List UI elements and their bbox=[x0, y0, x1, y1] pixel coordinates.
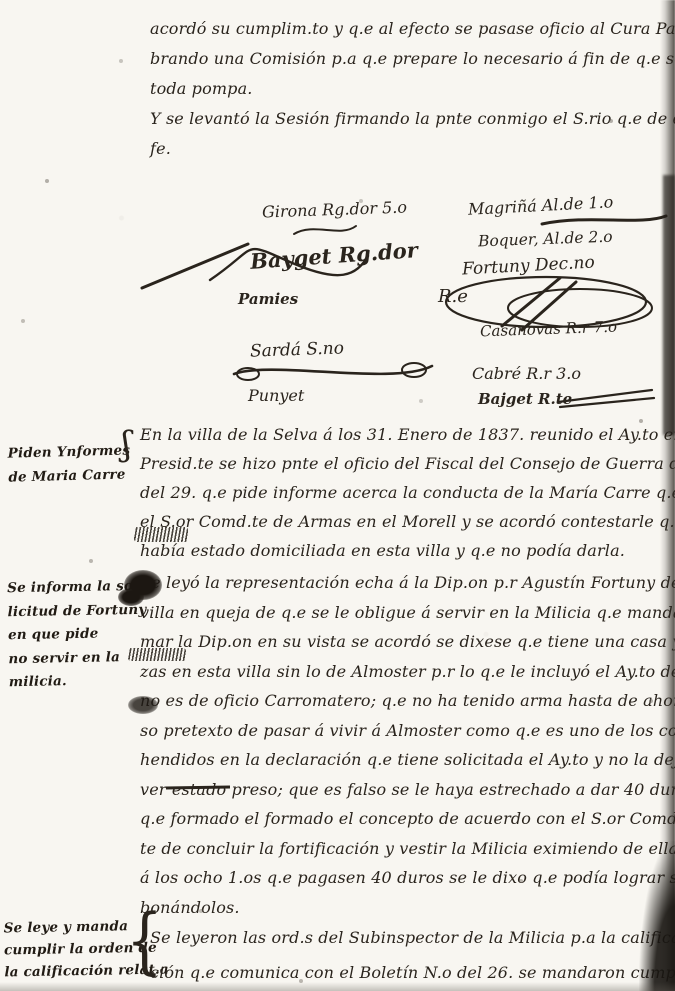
manuscript-line: hendidos en la declaración q.e tiene sol… bbox=[140, 745, 672, 775]
signature-pamies: Pamies bbox=[238, 290, 298, 308]
ink-blot bbox=[128, 696, 158, 714]
crossed-out-word bbox=[128, 648, 186, 661]
manuscript-line: Se leyó la representación echa á la Dip.… bbox=[140, 568, 672, 598]
ink-blot bbox=[118, 588, 144, 606]
manuscript-line: había estado domiciliada en esta villa y… bbox=[140, 536, 672, 565]
manuscript-line: zas en esta villa sin lo de Almoster p.r… bbox=[140, 657, 672, 687]
signature-block: Girona Rg.dor 5.o Bayget Rg.dor Pamies R… bbox=[0, 188, 675, 424]
scan-noise bbox=[0, 0, 2, 2]
margin-note-line: no servir en la bbox=[8, 645, 147, 671]
paragraph-bracket-mark: ʃ bbox=[122, 424, 131, 464]
crossed-out-word bbox=[134, 527, 188, 542]
manuscript-line: ver estado preso; que es falso se le hay… bbox=[140, 775, 672, 805]
signature-punyet: Punyet bbox=[248, 386, 304, 405]
manuscript-line: villa en queja de q.e se le obligue á se… bbox=[140, 598, 672, 628]
opening-paragraph: acordó su cumplim.to y q.e al efecto se … bbox=[150, 14, 675, 164]
signature-casanovas: Casanovas R.r 7.o bbox=[480, 318, 618, 341]
manuscript-line: fe. bbox=[150, 134, 675, 164]
manuscript-line: bonándolos. bbox=[140, 893, 672, 923]
closing-paragraph: Se leyeron las ord.s del Subinspector de… bbox=[150, 920, 670, 990]
manuscript-line: Y se levantó la Sesión firmando la pnte … bbox=[150, 104, 675, 134]
manuscript-line: Se leyeron las ord.s del Subinspector de… bbox=[150, 920, 670, 955]
paragraph-fortuny: Se leyó la representación echa á la Dip.… bbox=[140, 568, 672, 922]
signature-boquer: Boquer, Al.de 2.o bbox=[478, 228, 613, 251]
manuscript-line: so pretexto de pasar á vivir á Almoster … bbox=[140, 716, 672, 746]
manuscript-line: te de concluir la fortificación y vestir… bbox=[140, 834, 672, 864]
margin-note-maria-carre: Piden Ynformes de Maria Carre bbox=[7, 438, 131, 489]
rubric-flourish bbox=[556, 386, 656, 410]
manuscript-line: Presid.te se hizo pnte el oficio del Fis… bbox=[140, 449, 672, 478]
manuscript-page: acordó su cumplim.to y q.e al efecto se … bbox=[0, 0, 675, 991]
manuscript-line: q.e formado el formado el concepto de ac… bbox=[140, 804, 672, 834]
manuscript-line: á los ocho 1.os q.e pagasen 40 duros se … bbox=[140, 863, 672, 893]
manuscript-line: toda pompa. bbox=[150, 74, 675, 104]
margin-note-line: en que pide bbox=[8, 622, 147, 648]
manuscript-line: el S.or Comd.te de Armas en el Morell y … bbox=[140, 507, 672, 536]
manuscript-line: del 29. q.e pide informe acerca la condu… bbox=[140, 478, 672, 507]
manuscript-line: acordó su cumplim.to y q.e al efecto se … bbox=[150, 14, 675, 44]
margin-brace: { bbox=[126, 898, 163, 983]
manuscript-line: no es de oficio Carromatero; q.e no ha t… bbox=[140, 686, 672, 716]
manuscript-line: En la villa de la Selva á los 31. Enero … bbox=[140, 420, 672, 449]
manuscript-line: mar la Dip.on en su vista se acordó se d… bbox=[140, 627, 672, 657]
rubric-flourish bbox=[232, 356, 437, 386]
rubric-flourish bbox=[540, 212, 670, 228]
manuscript-line: brando una Comisión p.a q.e prepare lo n… bbox=[150, 44, 675, 74]
margin-note-line: milicia. bbox=[9, 669, 148, 695]
paragraph-maria-carre: En la villa de la Selva á los 31. Enero … bbox=[140, 420, 672, 565]
signature-cabre: Cabré R.r 3.o bbox=[472, 364, 581, 383]
signature-girona: Girona Rg.dor 5.o bbox=[262, 197, 408, 221]
page-edge-shadow bbox=[0, 982, 675, 991]
page-edge-shadow bbox=[663, 175, 675, 435]
margin-note-line: Piden Ynformes bbox=[7, 438, 130, 465]
margin-note-line: de Maria Carre bbox=[8, 462, 131, 489]
page-corner-shadow bbox=[639, 841, 675, 991]
